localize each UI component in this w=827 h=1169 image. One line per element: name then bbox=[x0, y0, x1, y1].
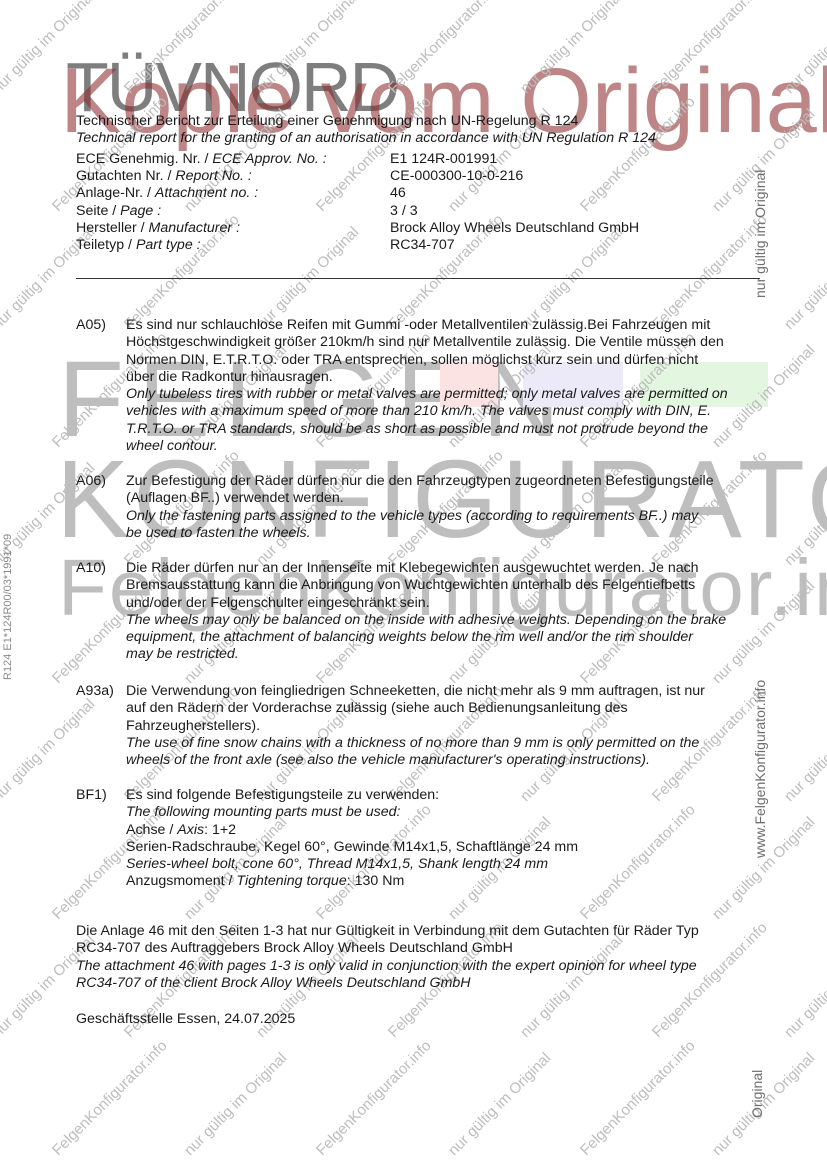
note-text-de: Normen DIN, E.T.R.T.O. oder TRA entsprec… bbox=[126, 352, 786, 369]
note-bf1: BF1) Es sind folgende Befestigungsteile … bbox=[76, 787, 786, 891]
meta-row: Gutachten Nr. / Report No. :CE-000300-10… bbox=[76, 168, 252, 185]
note-text-de: Höchstgeschwindigkeit größer 210km/h sin… bbox=[126, 334, 786, 351]
validity-en-1: The attachment 46 with pages 1-3 is only… bbox=[76, 958, 697, 975]
note-code: A10) bbox=[76, 560, 106, 577]
note-a06: A06)Zur Befestigung der Räder dürfen nur… bbox=[76, 473, 786, 542]
meta-label-de: Teiletyp bbox=[76, 237, 124, 253]
meta-label-en: ECE Approv. No. : bbox=[212, 151, 326, 167]
validity-en-2: RC34-707 of the client Brock Alloy Wheel… bbox=[76, 975, 471, 992]
note-text-de: Fahrzeugherstellers). bbox=[126, 718, 786, 735]
bf1-axis-en: Axis bbox=[177, 822, 204, 838]
note-text-en: may be restricted. bbox=[126, 646, 786, 663]
meta-label-sep: / bbox=[108, 203, 120, 219]
report-title-en: Technical report for the granting of an … bbox=[76, 130, 656, 147]
header-divider bbox=[76, 278, 760, 279]
note-text-en: The wheels may only be balanced on the i… bbox=[126, 612, 786, 629]
meta-label-de: Hersteller bbox=[76, 220, 137, 236]
note-code: BF1) bbox=[76, 787, 107, 804]
meta-label-en: Manufacturer : bbox=[149, 220, 240, 236]
meta-row: Teiletyp / Part type :RC34-707 bbox=[76, 237, 201, 254]
note-text-de: Die Räder dürfen nur an der Innenseite m… bbox=[126, 560, 786, 577]
document-content: Technischer Bericht zur Erteilung einer … bbox=[0, 0, 827, 1169]
note-text-en: equipment, the attachment of balancing w… bbox=[126, 629, 786, 646]
note-text-en: wheel contour. bbox=[126, 438, 786, 455]
bf1-bolt-de: Serien-Radschraube, Kegel 60°, Gewinde M… bbox=[126, 839, 786, 856]
validity-de-2: RC34-707 des Auftraggebers Brock Alloy W… bbox=[76, 940, 513, 957]
meta-value: RC34-707 bbox=[390, 237, 455, 254]
meta-row: Anlage-Nr. / Attachment no. :46 bbox=[76, 185, 258, 202]
note-a10: A10)Die Räder dürfen nur an der Innensei… bbox=[76, 560, 786, 664]
note-a05: A05)Es sind nur schlauchlose Reifen mit … bbox=[76, 317, 786, 455]
bf1-intro-de: Es sind folgende Befestigungsteile zu ve… bbox=[126, 787, 786, 804]
place-date: Geschäftsstelle Essen, 24.07.2025 bbox=[76, 1011, 295, 1028]
bf1-axis-value: : 1+2 bbox=[204, 822, 236, 838]
note-text-en: be used to fasten the wheels. bbox=[126, 525, 786, 542]
bf1-torque-value: : 130 Nm bbox=[347, 873, 405, 889]
meta-row: Seite / Page :3 / 3 bbox=[76, 203, 161, 220]
note-text-de: und/oder der Felgenschulter eingeschränk… bbox=[126, 595, 786, 612]
meta-label-de: Seite bbox=[76, 203, 108, 219]
meta-label-sep: / bbox=[201, 151, 213, 167]
bf1-torque: Anzugsmoment / Tightening torque: 130 Nm bbox=[126, 873, 786, 890]
meta-label-en: Part type : bbox=[136, 237, 201, 253]
validity-de-1: Die Anlage 46 mit den Seiten 1-3 hat nur… bbox=[76, 923, 699, 940]
document-page: FELGEN KONFIGURATOR FelgenKonfigurator.i… bbox=[0, 0, 827, 1169]
meta-label-de: Anlage-Nr. bbox=[76, 185, 143, 201]
note-text-en: wheels of the front axle (see also the v… bbox=[126, 752, 786, 769]
meta-label-sep: / bbox=[164, 168, 176, 184]
meta-label-en: Report No. : bbox=[175, 168, 252, 184]
note-code: A05) bbox=[76, 317, 106, 334]
bf1-torque-en: Tightening torque bbox=[236, 873, 346, 889]
meta-value: 3 / 3 bbox=[390, 203, 418, 220]
meta-value: 46 bbox=[390, 185, 406, 202]
bf1-intro-en: The following mounting parts must be use… bbox=[126, 804, 786, 821]
note-text-en: Only the fastening parts assigned to the… bbox=[126, 508, 786, 525]
note-text-de: Die Verwendung von feingliedrigen Schnee… bbox=[126, 683, 786, 700]
note-text-de: Zur Befestigung der Räder dürfen nur die… bbox=[126, 473, 786, 490]
bf1-axis-de: Achse / bbox=[126, 822, 177, 838]
meta-label-en: Attachment no. : bbox=[155, 185, 258, 201]
meta-label-de: Gutachten Nr. bbox=[76, 168, 164, 184]
note-text-en: vehicles with a maximum speed of more th… bbox=[126, 403, 786, 420]
meta-value: Brock Alloy Wheels Deutschland GmbH bbox=[390, 220, 639, 237]
meta-value: CE-000300-10-0-216 bbox=[390, 168, 523, 185]
meta-label-de: ECE Genehmig. Nr. bbox=[76, 151, 201, 167]
bf1-bolt-en: Series-wheel bolt, cone 60°, Thread M14x… bbox=[126, 856, 786, 873]
note-text-de: (Auflagen BF..) verwendet werden. bbox=[126, 490, 786, 507]
note-text-en: Only tubeless tires with rubber or metal… bbox=[126, 386, 786, 403]
meta-label-sep: / bbox=[124, 237, 136, 253]
report-title-de: Technischer Bericht zur Erteilung einer … bbox=[76, 113, 578, 130]
meta-label-sep: / bbox=[143, 185, 155, 201]
meta-label-en: Page : bbox=[120, 203, 161, 219]
note-code: A06) bbox=[76, 473, 106, 490]
meta-row: Hersteller / Manufacturer :Brock Alloy W… bbox=[76, 220, 240, 237]
note-text-de: auf den Rädern der Vorderachse zulässig … bbox=[126, 700, 786, 717]
meta-label-sep: / bbox=[137, 220, 149, 236]
note-text-en: T.R.T.O. or TRA standards, should be as … bbox=[126, 421, 786, 438]
note-text-de: Es sind nur schlauchlose Reifen mit Gumm… bbox=[126, 317, 786, 334]
note-text-de: über die Radkontur hinausragen. bbox=[126, 369, 786, 386]
note-a93a: A93a)Die Verwendung von feingliedrigen S… bbox=[76, 683, 786, 769]
meta-value: E1 124R-001991 bbox=[390, 151, 497, 168]
note-code: A93a) bbox=[76, 683, 114, 700]
meta-row: ECE Genehmig. Nr. / ECE Approv. No. :E1 … bbox=[76, 151, 327, 168]
note-text-en: The use of fine snow chains with a thick… bbox=[126, 735, 786, 752]
bf1-axis: Achse / Axis: 1+2 bbox=[126, 822, 786, 839]
bf1-torque-de: Anzugsmoment / bbox=[126, 873, 236, 889]
note-text-de: Bremsausstattung kann die Anbringung von… bbox=[126, 577, 786, 594]
